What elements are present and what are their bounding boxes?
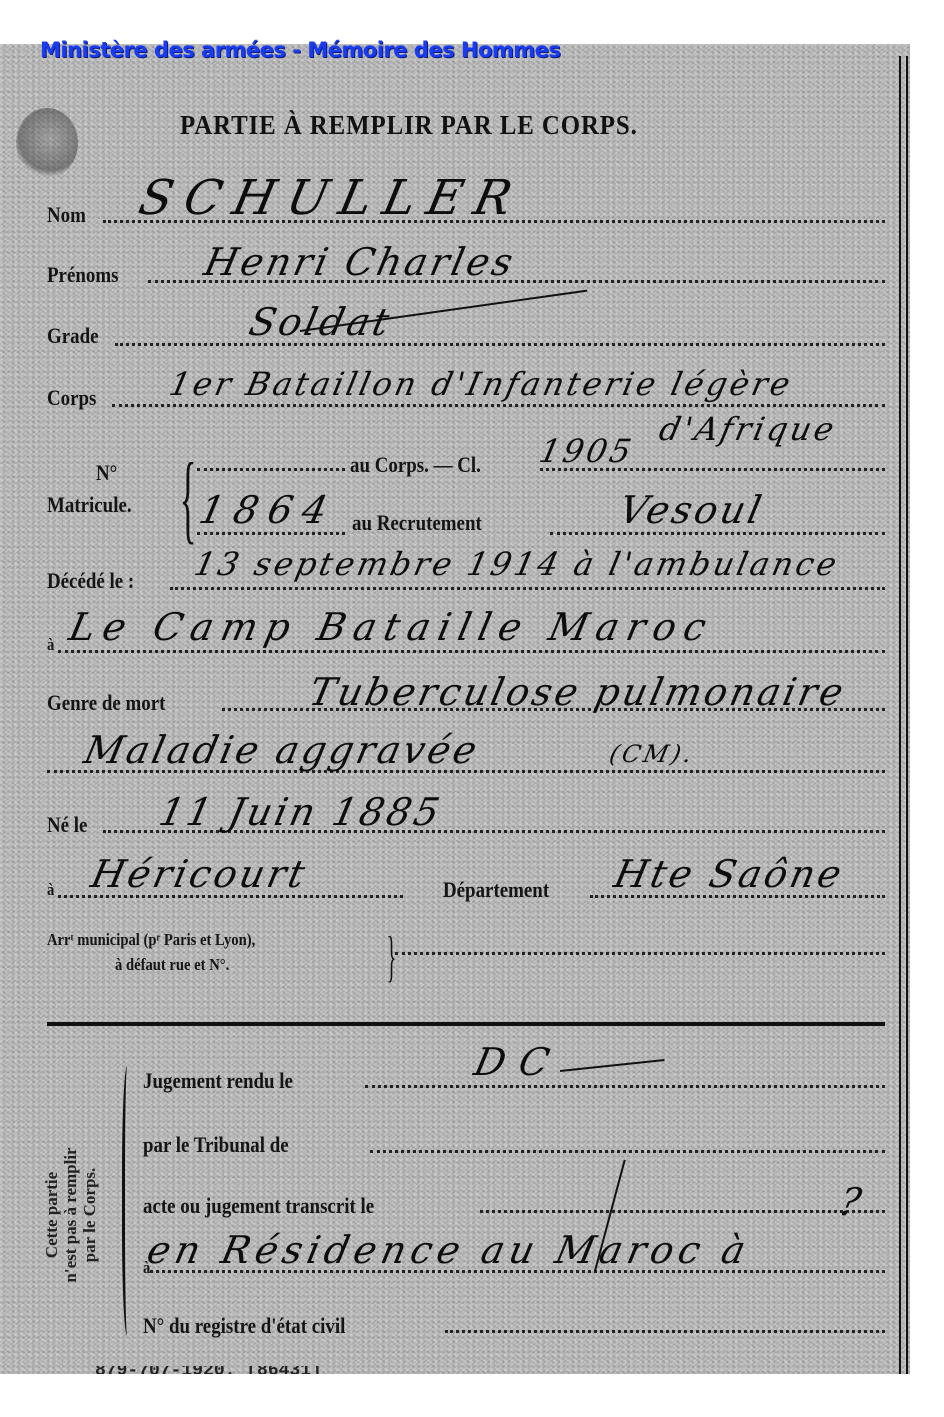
- nom-label: Nom: [47, 202, 86, 228]
- arrondissement-line: [395, 952, 885, 955]
- grade-value: Soldat: [245, 300, 396, 344]
- deces-lieu-value: Le Camp Bataille Maroc: [65, 605, 718, 649]
- deces-line: [170, 587, 885, 590]
- deces-lieu-line: [58, 650, 885, 653]
- transcrit-cont-value: en Résidence au Maroc à: [143, 1228, 754, 1272]
- au-corps-line: [197, 468, 345, 471]
- matricule-value: 1864: [195, 488, 341, 532]
- naissance-lieu-label: à: [47, 880, 54, 900]
- naissance-value: 11 Juin 1885: [155, 790, 446, 834]
- matricule-brace: {: [180, 440, 197, 555]
- corps-value-cont: d'Afrique: [656, 410, 840, 448]
- au-recrutement-label: au Recrutement: [352, 510, 482, 536]
- section-divider: [47, 1022, 885, 1026]
- grade-line: [115, 343, 885, 346]
- corps-line: [112, 404, 885, 407]
- registre-label: N° du registre d'état civil: [143, 1313, 345, 1339]
- lower-section-side-note: Cette partie n'est pas à remplir par le …: [42, 1095, 99, 1335]
- transcrit-label: acte ou jugement transcrit le: [143, 1193, 374, 1219]
- genre-mort-note: (CM).: [607, 740, 697, 768]
- lower-section-brace: [122, 1066, 135, 1336]
- side-note-line-1: Cette partie: [42, 1095, 61, 1335]
- naissance-lieu-value: Héricourt: [87, 852, 311, 896]
- numero-line: [197, 532, 345, 535]
- prenoms-value: Henri Charles: [200, 240, 519, 284]
- registre-line: [445, 1330, 885, 1333]
- jugement-line: [365, 1085, 885, 1088]
- tribunal-line: [370, 1150, 885, 1153]
- footer-print-code: 879-707-1920. [86431]: [95, 1366, 322, 1374]
- jugement-label: Jugement rendu le: [143, 1068, 293, 1094]
- nom-value: SCHULLER: [134, 170, 529, 226]
- deces-label: Décédé le :: [47, 568, 134, 594]
- ink-stamp: [16, 108, 78, 178]
- naissance-label: Né le: [47, 812, 87, 838]
- departement-label: Département: [443, 877, 549, 903]
- matricule-label-no: N°: [96, 460, 117, 486]
- form-title: PARTIE À REMPLIR PAR LE CORPS.: [180, 110, 638, 141]
- arrondissement-brace: }: [387, 925, 396, 989]
- corps-label: Corps: [47, 385, 96, 411]
- recrutement-value: Vesoul: [615, 488, 768, 532]
- corps-value: 1er Bataillon d'Infanterie légère: [166, 365, 796, 403]
- watermark-title: Ministère des armées - Mémoire des Homme…: [40, 38, 560, 62]
- deces-lieu-label: à: [47, 635, 54, 655]
- deces-value: 13 septembre 1914 à l'ambulance: [191, 545, 843, 583]
- departement-value: Hte Saône: [610, 852, 848, 896]
- recrutement-line: [550, 532, 885, 535]
- transcrit-line: [480, 1210, 885, 1213]
- tribunal-label: par le Tribunal de: [143, 1132, 289, 1158]
- right-border-outer: [906, 56, 908, 1374]
- jugement-value: DC: [470, 1040, 567, 1084]
- footer-print-code-text: 879-707-1920. [86431]: [95, 1366, 322, 1374]
- arrondissement-label-1: Arrᵗ municipal (pʳ Paris et Lyon),: [47, 930, 255, 950]
- genre-mort-value-cont: Maladie aggravée: [80, 728, 483, 772]
- classe-value: 1905: [536, 432, 638, 470]
- grade-label: Grade: [47, 323, 99, 349]
- genre-mort-label: Genre de mort: [47, 690, 165, 716]
- side-note-line-2: n'est pas à remplir: [61, 1095, 80, 1335]
- prenoms-label: Prénoms: [47, 262, 118, 288]
- right-border-inner: [899, 56, 901, 1374]
- side-note-line-3: par le Corps.: [80, 1095, 99, 1335]
- matricule-label: Matricule.: [47, 492, 132, 518]
- arrondissement-label-2: à défaut rue et N°.: [115, 955, 229, 975]
- genre-mort-value: Tuberculose pulmonaire: [305, 670, 850, 714]
- au-corps-label: au Corps. — Cl.: [350, 452, 481, 478]
